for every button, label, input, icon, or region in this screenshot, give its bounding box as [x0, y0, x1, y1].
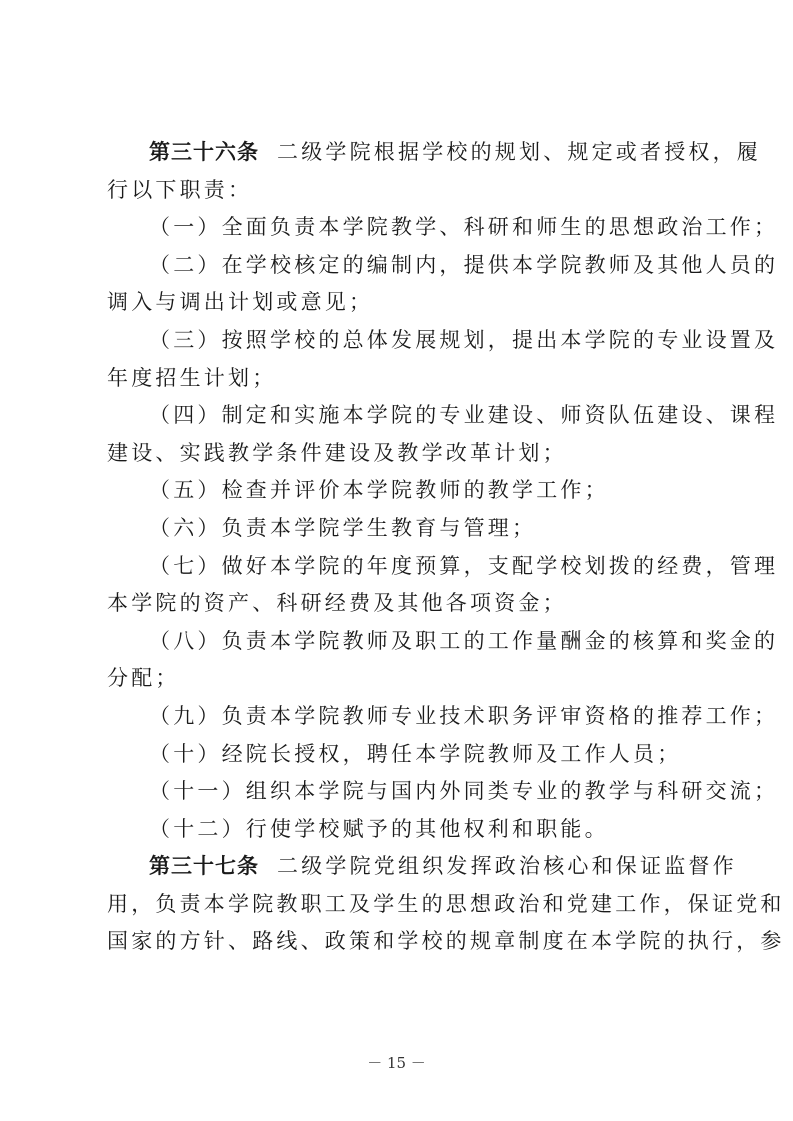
list-item-7-cont: 本学院的资产、科研经费及其他各项资金； — [107, 585, 692, 623]
page-number: － 15 － — [0, 1052, 793, 1073]
list-item-4-cont: 建设、实践教学条件建设及教学改革计划； — [107, 435, 692, 473]
list-item-10: （十）经院长授权，聘任本学院教师及工作人员； — [107, 736, 692, 774]
list-item-12: （十二）行使学校赋予的其他权利和职能。 — [107, 811, 692, 849]
document-body: 第三十六条二级学院根据学校的规划、规定或者授权，履 行以下职责： （一）全面负责… — [107, 134, 692, 961]
article-37-text-cont-2: 国家的方针、路线、政策和学校的规章制度在本学院的执行，参 — [107, 923, 692, 961]
list-item-11: （十一）组织本学院与国内外同类专业的教学与科研交流； — [107, 773, 692, 811]
list-item-5: （五）检查并评价本学院教师的教学工作； — [107, 472, 692, 510]
article-36-text-cont: 行以下职责： — [107, 172, 692, 210]
list-item-3-cont: 年度招生计划； — [107, 360, 692, 398]
list-item-1: （一）全面负责本学院教学、科研和师生的思想政治工作； — [107, 209, 692, 247]
article-37-text-cont-1: 用，负责本学院教职工及学生的思想政治和党建工作，保证党和 — [107, 886, 692, 924]
article-36-label: 第三十六条 — [149, 140, 259, 164]
article-37-label: 第三十七条 — [149, 854, 259, 878]
list-item-2-cont: 调入与调出计划或意见； — [107, 284, 692, 322]
list-item-4: （四）制定和实施本学院的专业建设、师资队伍建设、课程 — [107, 397, 692, 435]
list-item-6: （六）负责本学院学生教育与管理； — [107, 510, 692, 548]
list-item-2: （二）在学校核定的编制内，提供本学院教师及其他人员的 — [107, 247, 692, 285]
article-37-heading-line: 第三十七条二级学院党组织发挥政治核心和保证监督作 — [107, 848, 692, 886]
article-36-text: 二级学院根据学校的规划、规定或者授权，履 — [277, 140, 761, 164]
list-item-8: （八）负责本学院教师及职工的工作量酬金的核算和奖金的 — [107, 623, 692, 661]
document-page: 第三十六条二级学院根据学校的规划、规定或者授权，履 行以下职责： （一）全面负责… — [0, 0, 793, 1121]
article-37-text: 二级学院党组织发挥政治核心和保证监督作 — [277, 854, 737, 878]
list-item-9: （九）负责本学院教师专业技术职务评审资格的推荐工作； — [107, 698, 692, 736]
list-item-7: （七）做好本学院的年度预算，支配学校划拨的经费，管理 — [107, 548, 692, 586]
article-36-heading-line: 第三十六条二级学院根据学校的规划、规定或者授权，履 — [107, 134, 692, 172]
list-item-8-cont: 分配； — [107, 660, 692, 698]
list-item-3: （三）按照学校的总体发展规划，提出本学院的专业设置及 — [107, 322, 692, 360]
